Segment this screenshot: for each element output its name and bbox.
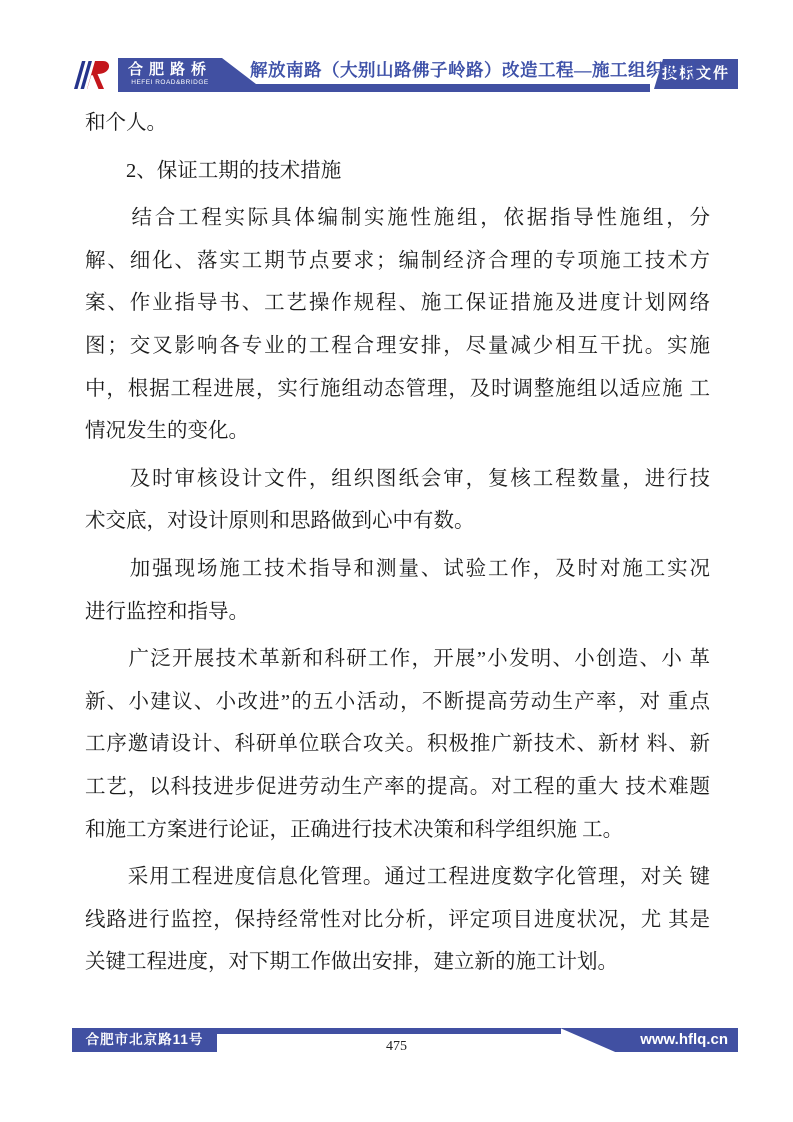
document-body: 和个人。 2、保证工期的技术措施 结合工程实际具体编制实施性施组，依据指导性施组… xyxy=(85,102,710,989)
company-name-en: HEFEI ROAD&BRIDGE xyxy=(122,79,218,86)
paragraph: 和个人。 xyxy=(85,102,710,145)
body-line: 和个人。 xyxy=(85,102,710,145)
paragraph: 2、保证工期的技术措施 xyxy=(85,150,710,193)
body-line: 2、保证工期的技术措施 xyxy=(85,150,710,193)
body-line: 广泛开展技术革新和科研工作，开展”小发明、小创造、小 革 xyxy=(85,638,710,681)
document-page: 合肥路桥 HEFEI ROAD&BRIDGE 解放南路（大别山路佛子岭路）改造工… xyxy=(0,0,793,1122)
body-line: 线路进行监控，保持经常性对比分析，评定项目进度状况，尤 其是 xyxy=(85,899,710,942)
body-line: 图；交叉影响各专业的工程合理安排，尽量减少相互干扰。实施 xyxy=(85,325,710,368)
company-logo-text: 合肥路桥 HEFEI ROAD&BRIDGE xyxy=(122,60,218,90)
body-line: 加强现场施工技术指导和测量、试验工作，及时对施工实况 xyxy=(85,548,710,591)
paragraph: 加强现场施工技术指导和测量、试验工作，及时对施工实况进行监控和指导。 xyxy=(85,548,710,633)
paragraph: 采用工程进度信息化管理。通过工程进度数字化管理，对关 键线路进行监控，保持经常性… xyxy=(85,856,710,984)
body-line: 术交底，对设计原则和思路做到心中有数。 xyxy=(85,500,710,543)
body-line: 中，根据工程进展，实行施组动态管理，及时调整施组以适应施 工 xyxy=(85,368,710,411)
body-line: 结合工程实际具体编制实施性施组，依据指导性施组，分 xyxy=(85,197,710,240)
body-line: 及时审核设计文件，组织图纸会审，复核工程数量，进行技 xyxy=(85,458,710,501)
body-line: 采用工程进度信息化管理。通过工程进度数字化管理，对关 键 xyxy=(85,856,710,899)
paragraph: 结合工程实际具体编制实施性施组，依据指导性施组，分解、细化、落实工期节点要求；编… xyxy=(85,197,710,453)
body-line: 工艺，以科技进步促进劳动生产率的提高。对工程的重大 技术难题 xyxy=(85,766,710,809)
road-bridge-logo-icon xyxy=(72,59,116,91)
body-line: 和施工方案进行论证，正确进行技术决策和科学组织施 工。 xyxy=(85,809,710,852)
paragraph: 及时审核设计文件，组织图纸会审，复核工程数量，进行技术交底，对设计原则和思路做到… xyxy=(85,458,710,543)
body-line: 关键工程进度，对下期工作做出安排，建立新的施工计划。 xyxy=(85,941,710,984)
body-line: 新、小建议、小改进”的五小活动，不断提高劳动生产率，对 重点 xyxy=(85,681,710,724)
body-line: 解、细化、落实工期节点要求；编制经济合理的专项施工技术方 xyxy=(85,240,710,283)
body-line: 工序邀请设计、科研单位联合攻关。积极推广新技术、新材 料、新 xyxy=(85,723,710,766)
paragraph: 广泛开展技术革新和科研工作，开展”小发明、小创造、小 革新、小建议、小改进”的五… xyxy=(85,638,710,851)
body-line: 进行监控和指导。 xyxy=(85,591,710,634)
body-line: 案、作业指导书、工艺操作规程、施工保证措施及进度计划网络 xyxy=(85,282,710,325)
document-title: 解放南路（大别山路佛子岭路）改造工程—施工组织设计 xyxy=(250,58,654,83)
footer-strip xyxy=(217,1028,561,1034)
company-name-cn: 合肥路桥 xyxy=(122,60,218,79)
body-line: 情况发生的变化。 xyxy=(85,410,710,453)
page-header: 合肥路桥 HEFEI ROAD&BRIDGE 解放南路（大别山路佛子岭路）改造工… xyxy=(72,58,738,92)
page-number: 475 xyxy=(0,1039,793,1055)
